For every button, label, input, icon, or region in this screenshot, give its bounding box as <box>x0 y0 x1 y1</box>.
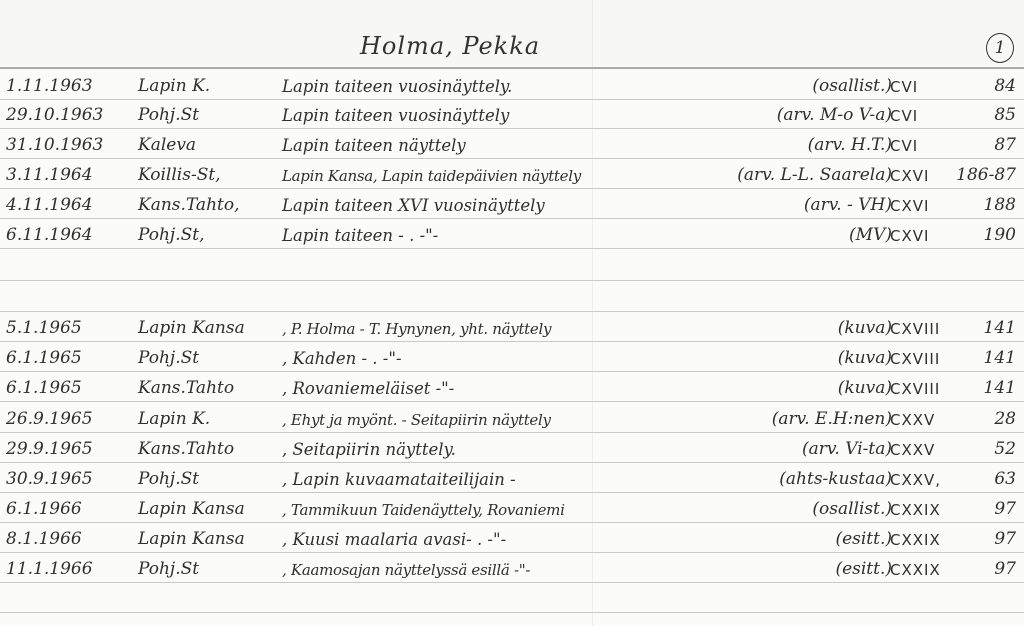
entry-newspaper: Pohj.St, <box>138 225 205 245</box>
entry-note: (kuva) <box>838 378 892 398</box>
entry-volume: CVI <box>890 107 918 125</box>
entry-date: 3.11.1964 <box>6 165 93 185</box>
entry-note: (arv. - VH) <box>804 195 892 215</box>
entry-volume: CXXV, <box>890 471 941 489</box>
ruled-line <box>0 612 1024 613</box>
entry-row: 5.1.1965Lapin Kansa, P. Holma - T. Hynyn… <box>0 311 1024 341</box>
entry-note: (MV) <box>849 225 892 245</box>
entry-date: 4.11.1964 <box>6 195 93 215</box>
entry-page: 97 <box>994 529 1016 549</box>
entry-note: (osallist.) <box>812 499 892 519</box>
entry-page: 141 <box>984 378 1016 398</box>
entry-page: 186-87 <box>956 165 1016 185</box>
entry-row: 6.1.1965Pohj.St, Kahden - . -"-(kuva)CXV… <box>0 341 1024 371</box>
entry-newspaper: Lapin Kansa <box>138 499 245 519</box>
entry-volume: CXXIX <box>890 531 941 549</box>
entry-note: (osallist.) <box>812 76 892 96</box>
entry-description: Lapin taiteen vuosinäyttely. <box>282 77 512 96</box>
entry-row: 1.11.1963Lapin K.Lapin taiteen vuosinäyt… <box>0 69 1024 99</box>
entry-note: (arv. E.H:nen) <box>772 409 892 429</box>
entry-row: 3.11.1964Koillis-St,Lapin Kansa, Lapin t… <box>0 158 1024 188</box>
entry-note: (arv. M-o V-a) <box>777 105 892 125</box>
entry-newspaper: Lapin Kansa <box>138 529 245 549</box>
entry-date: 5.1.1965 <box>6 318 82 338</box>
entry-volume: CXXV <box>890 411 935 429</box>
entry-row: 8.1.1966Lapin Kansa, Kuusi maalaria avas… <box>0 522 1024 552</box>
entry-row: 30.9.1965Pohj.St, Lapin kuvaamataiteilij… <box>0 462 1024 492</box>
entry-row: 11.1.1966Pohj.St, Kaamosajan näyttelyssä… <box>0 552 1024 582</box>
entry-newspaper: Lapin Kansa <box>138 318 245 338</box>
entry-volume: CXVI <box>890 197 929 215</box>
entry-page: 84 <box>994 76 1016 96</box>
entry-date: 6.1.1965 <box>6 378 82 398</box>
entry-note: (arv. L-L. Saarela) <box>737 165 892 185</box>
entry-date: 29.10.1963 <box>6 105 103 125</box>
entry-row: 29.9.1965Kans.Tahto, Seitapiirin näyttel… <box>0 432 1024 462</box>
entry-date: 31.10.1963 <box>6 135 103 155</box>
entry-description: Lapin taiteen näyttely <box>282 136 466 155</box>
entry-volume: CXVIII <box>890 350 940 368</box>
entry-note: (esitt.) <box>835 529 892 549</box>
entry-date: 8.1.1966 <box>6 529 82 549</box>
index-card: Holma, Pekka 1 1.11.1963Lapin K.Lapin ta… <box>0 0 1024 626</box>
entry-newspaper: Pohj.St <box>138 348 199 368</box>
entry-description: , Kahden - . -"- <box>282 349 402 368</box>
entry-newspaper: Pohj.St <box>138 105 199 125</box>
ruled-line <box>0 248 1024 249</box>
entry-date: 26.9.1965 <box>6 409 93 429</box>
entry-description: , Rovaniemeläiset -"- <box>282 379 454 398</box>
entry-page: 188 <box>984 195 1016 215</box>
entry-description: , Tammikuun Taidenäyttely, Rovaniemi <box>282 501 565 519</box>
entry-page: 141 <box>984 318 1016 338</box>
entry-page: 141 <box>984 348 1016 368</box>
entry-page: 97 <box>994 499 1016 519</box>
entry-row: 26.9.1965Lapin K., Ehyt ja myönt. - Seit… <box>0 402 1024 432</box>
ruled-line <box>0 280 1024 281</box>
entry-volume: CXXIX <box>890 501 941 519</box>
entry-volume: CVI <box>890 78 918 96</box>
entry-volume: CXXIX <box>890 561 941 579</box>
entry-page: 87 <box>994 135 1016 155</box>
entry-description: , P. Holma - T. Hynynen, yht. näyttely <box>282 320 551 338</box>
entry-page: 85 <box>994 105 1016 125</box>
entry-description: , Seitapiirin näyttely. <box>282 440 456 459</box>
entry-note: (arv. H.T.) <box>808 135 892 155</box>
entry-date: 11.1.1966 <box>6 559 93 579</box>
entry-description: , Ehyt ja myönt. - Seitapiirin näyttely <box>282 411 551 429</box>
entry-note: (ahts-kustaa) <box>779 469 892 489</box>
entry-volume: CXXV <box>890 441 935 459</box>
entry-date: 1.11.1963 <box>6 76 93 96</box>
entry-newspaper: Koillis-St, <box>138 165 221 185</box>
entry-volume: CVI <box>890 137 918 155</box>
entry-volume: CXVIII <box>890 380 940 398</box>
entry-volume: CXVIII <box>890 320 940 338</box>
entry-row: 4.11.1964Kans.Tahto,Lapin taiteen XVI vu… <box>0 188 1024 218</box>
entry-volume: CXVI <box>890 227 929 245</box>
entry-newspaper: Kans.Tahto, <box>138 195 240 215</box>
entry-date: 6.1.1965 <box>6 348 82 368</box>
entry-description: , Kaamosajan näyttelyssä esillä -"- <box>282 561 530 579</box>
entry-description: Lapin taiteen vuosinäyttely <box>282 106 509 125</box>
entry-description: , Kuusi maalaria avasi- . -"- <box>282 530 506 549</box>
entry-note: (kuva) <box>838 318 892 338</box>
entry-row: 6.11.1964Pohj.St,Lapin taiteen - . -"-(M… <box>0 218 1024 248</box>
entry-page: 63 <box>994 469 1016 489</box>
card-number-badge: 1 <box>986 33 1014 63</box>
entry-note: (kuva) <box>838 348 892 368</box>
entry-note: (arv. Vi-ta) <box>802 439 892 459</box>
entry-page: 97 <box>994 559 1016 579</box>
entry-newspaper: Kans.Tahto <box>138 439 234 459</box>
entry-row: 29.10.1963Pohj.StLapin taiteen vuosinäyt… <box>0 98 1024 128</box>
entry-row: 6.1.1966Lapin Kansa, Tammikuun Taidenäyt… <box>0 492 1024 522</box>
entry-newspaper: Kaleva <box>138 135 196 155</box>
ruled-line <box>0 582 1024 583</box>
entry-page: 28 <box>994 409 1016 429</box>
entry-newspaper: Kans.Tahto <box>138 378 234 398</box>
entry-date: 29.9.1965 <box>6 439 93 459</box>
entry-row: 31.10.1963KalevaLapin taiteen näyttely(a… <box>0 128 1024 158</box>
entry-newspaper: Pohj.St <box>138 559 199 579</box>
card-title: Holma, Pekka <box>360 32 540 60</box>
entry-row: 6.1.1965Kans.Tahto, Rovaniemeläiset -"-(… <box>0 371 1024 401</box>
entry-volume: CXVI <box>890 167 929 185</box>
entry-description: Lapin taiteen - . -"- <box>282 226 438 245</box>
entry-description: Lapin taiteen XVI vuosinäyttely <box>282 196 545 215</box>
entry-newspaper: Pohj.St <box>138 469 199 489</box>
entry-description: Lapin Kansa, Lapin taidepäivien näyttely <box>282 167 581 185</box>
entry-page: 190 <box>984 225 1016 245</box>
entry-note: (esitt.) <box>835 559 892 579</box>
entry-description: , Lapin kuvaamataiteilijain - <box>282 470 516 489</box>
entry-newspaper: Lapin K. <box>138 409 210 429</box>
entry-newspaper: Lapin K. <box>138 76 210 96</box>
entry-page: 52 <box>994 439 1016 459</box>
entry-date: 6.1.1966 <box>6 499 82 519</box>
entry-date: 6.11.1964 <box>6 225 93 245</box>
entry-date: 30.9.1965 <box>6 469 93 489</box>
